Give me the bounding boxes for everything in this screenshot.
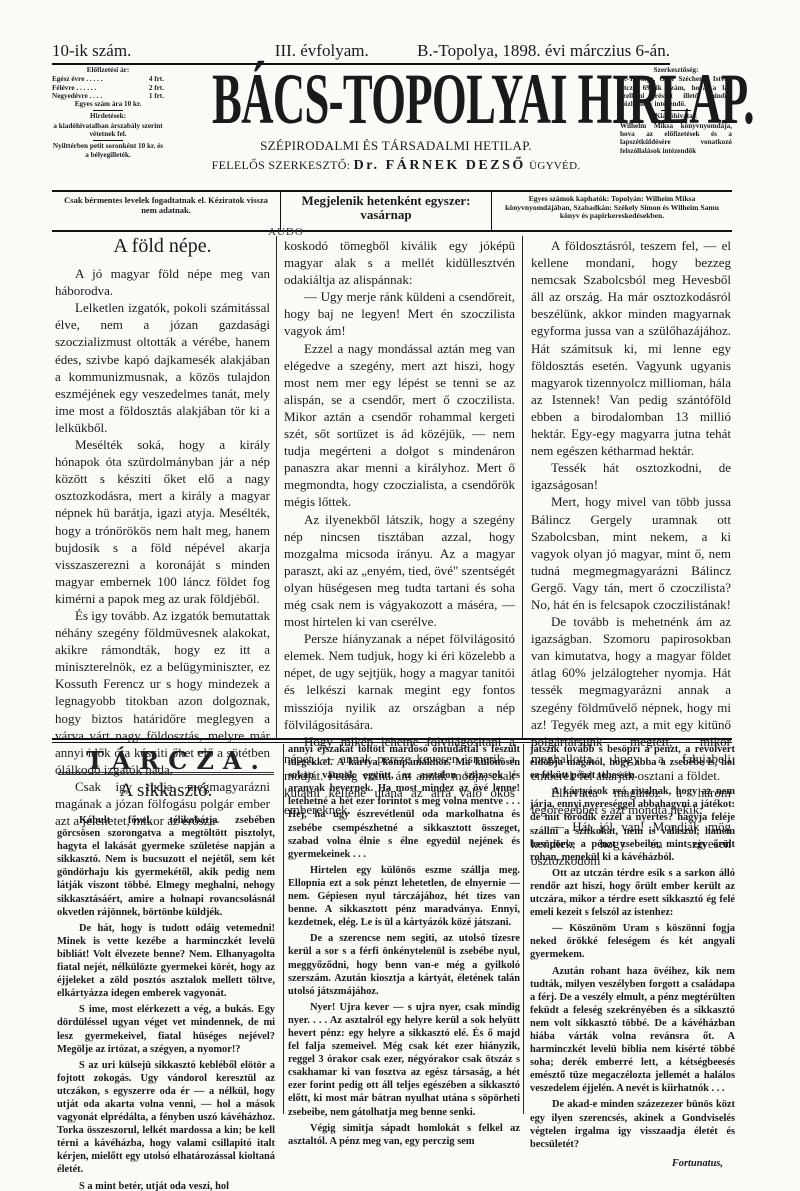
divider	[93, 140, 123, 141]
price-row: Negyedévre . . . .1 frt.	[52, 92, 164, 100]
paragraph: Mert, hogy mivel van több jussa Bálincz …	[531, 493, 731, 613]
place-date: B.-Topolya, 1898. évi márczius 6-án.	[417, 41, 670, 61]
subscription-heading: Előfizetési ár:	[52, 66, 164, 74]
editor-line: FELELŐS SZERKESZTŐ: Dr. FÁRNEK DEZSŐ ÜGY…	[176, 158, 616, 174]
office-heading: Kiadóhivatal:	[620, 112, 732, 120]
paragraph: De a szerencse nem segiti, az utolsó tiz…	[288, 932, 520, 997]
paragraph: De akad-e minden százezezer bünös közt e…	[530, 1098, 735, 1150]
issue-number: 10-ik szám.	[52, 41, 131, 61]
price-value: 2 frt.	[149, 84, 164, 92]
editorial-text: B.-Topolya, Gróf Széchenyi István utcza …	[620, 75, 732, 108]
ads-text: a kiadóhivatalban árszabály szerint véte…	[52, 122, 164, 139]
paragraph: A kártyások reá rivalnak, hogy az nem já…	[530, 785, 735, 864]
editorial-heading: Szerkesztőség:	[620, 66, 732, 74]
paragraph: Ott az utczán térdre esik s a sarkon áll…	[530, 867, 735, 919]
editor-prefix: FELELŐS SZERKESZTŐ:	[212, 158, 351, 172]
paragraph: Hirtelen egy különös eszme szállja meg. …	[288, 864, 520, 929]
paragraph: S ime, most elérkezett a vég, a bukás. E…	[57, 1003, 275, 1055]
paragraph: De hát, hogy is tudott odáig vetemedni! …	[57, 922, 275, 1001]
column-divider	[276, 236, 277, 738]
paragraph: Persze hiányzanak a népet fölvilágositó …	[284, 630, 515, 733]
price-label: Negyedévre . . . .	[52, 92, 102, 100]
office-text: Wilhelm Miksa könyvnyomdája, hova az elő…	[620, 122, 732, 155]
paragraph: Tessék hát osztozkodni, de igazságosan!	[531, 459, 731, 493]
feuilleton-heading: TÁRCZA.	[62, 746, 292, 775]
ads-heading: Hirdetések:	[52, 112, 164, 120]
masthead-title-block: BÁCS-TOPOLYAI HIRLAP. SZÉPIRODALMI ÉS TÁ…	[176, 66, 616, 174]
editorial-box: Szerkesztőség: B.-Topolya, Gróf Szécheny…	[620, 66, 732, 155]
nyilter-text: Nyilttérben petit soronként 10 kr. és a …	[52, 142, 164, 159]
paragraph: A jó magyar föld népe meg van háborodva.	[55, 265, 270, 299]
volume: III. évfolyam.	[275, 41, 369, 61]
article-title: A föld népe.	[55, 238, 270, 255]
paragraph: — Köszönöm Uram s köszönni fogja neked ö…	[530, 922, 735, 961]
price-row: Egész évre . . . . .4 frt.	[52, 75, 164, 83]
newspaper-subtitle: SZÉPIRODALMI ÉS TÁRSADALMI HETILAP.	[176, 138, 616, 154]
price-value: 4 frt.	[149, 75, 164, 83]
paragraph: Kábult fővel, télikabátja zsebében görcs…	[57, 814, 275, 919]
divider	[93, 110, 123, 111]
appearance-notice: Megjelenik hetenként egyszer: vasárnap	[281, 192, 492, 230]
feuilleton-rule	[58, 772, 274, 775]
article-column-2: koskodó tömegből kiválik egy jóképü magy…	[284, 237, 515, 818]
price-row: Félévre . . . . . .2 frt.	[52, 84, 164, 92]
letters-notice: Csak bérmentes levelek fogadtatnak el. K…	[52, 192, 281, 230]
copies-notice: Egyes számok kaphatók: Topolyán: Wilheim…	[492, 192, 732, 230]
paragraph: — Ugy merje ránk küldeni a csendőreit, h…	[284, 288, 515, 339]
feuilleton-column-2: annyi éjszakát töltött mardosó öntudatta…	[288, 743, 520, 1151]
paragraph: A földosztásról, teszem fel, — el kellen…	[531, 237, 731, 459]
paragraph: Ezzel a nagy mondással aztán meg van elé…	[284, 340, 515, 511]
single-price: Egyes szám ára 10 kr.	[52, 100, 164, 108]
paragraph: Végig simitja sápadt homlokát s felkel a…	[288, 1122, 520, 1148]
feuilleton-title: A sikkasztó.	[58, 780, 274, 802]
paragraph: Lelketlen izgatók, pokoli számitással él…	[55, 299, 270, 436]
paragraph: S az uri külsejü sikkasztó kebléből elöt…	[57, 1059, 275, 1177]
paragraph: annyi éjszakát töltött mardosó öntudatta…	[288, 743, 520, 861]
column-divider	[522, 236, 523, 738]
price-value: 1 frt.	[149, 92, 164, 100]
price-label: Egész évre . . . . .	[52, 75, 102, 83]
paragraph: Nyer! Ujra kever — s ujra nyer, csak min…	[288, 1001, 520, 1119]
info-bar: Csak bérmentes levelek fogadtatnak el. K…	[52, 190, 732, 232]
paragraph: Az ilyenekből látszik, hogy a szegény né…	[284, 511, 515, 631]
paragraph: koskodó tömegből kiválik egy jóképü magy…	[284, 237, 515, 288]
feuilleton-column-1: Kábult fővel, télikabátja zsebében görcs…	[57, 814, 275, 1191]
feuilleton-column-3: játszik tovább s besöpri a pénzt, a revo…	[530, 743, 735, 1191]
editor-name: Dr. FÁRNEK DEZSŐ	[354, 158, 526, 173]
author-signature: Fortunatus,	[530, 1157, 735, 1170]
column-divider	[523, 744, 524, 1114]
paragraph: S a mint betér, utját oda veszi, hol	[57, 1180, 275, 1191]
price-label: Félévre . . . . . .	[52, 84, 96, 92]
paragraph: játszik tovább s besöpri a pénzt, a revo…	[530, 743, 735, 782]
subscription-box: Előfizetési ár: Egész évre . . . . .4 fr…	[52, 66, 164, 159]
paragraph: Azután rohant haza övéihez, kik nem tudt…	[530, 965, 735, 1096]
editor-suffix: ÜGYVÉD.	[529, 160, 580, 172]
column-divider	[283, 744, 284, 1114]
divider	[661, 110, 691, 111]
paragraph: Mesélték soká, hogy a király hónapok óta…	[55, 436, 270, 607]
